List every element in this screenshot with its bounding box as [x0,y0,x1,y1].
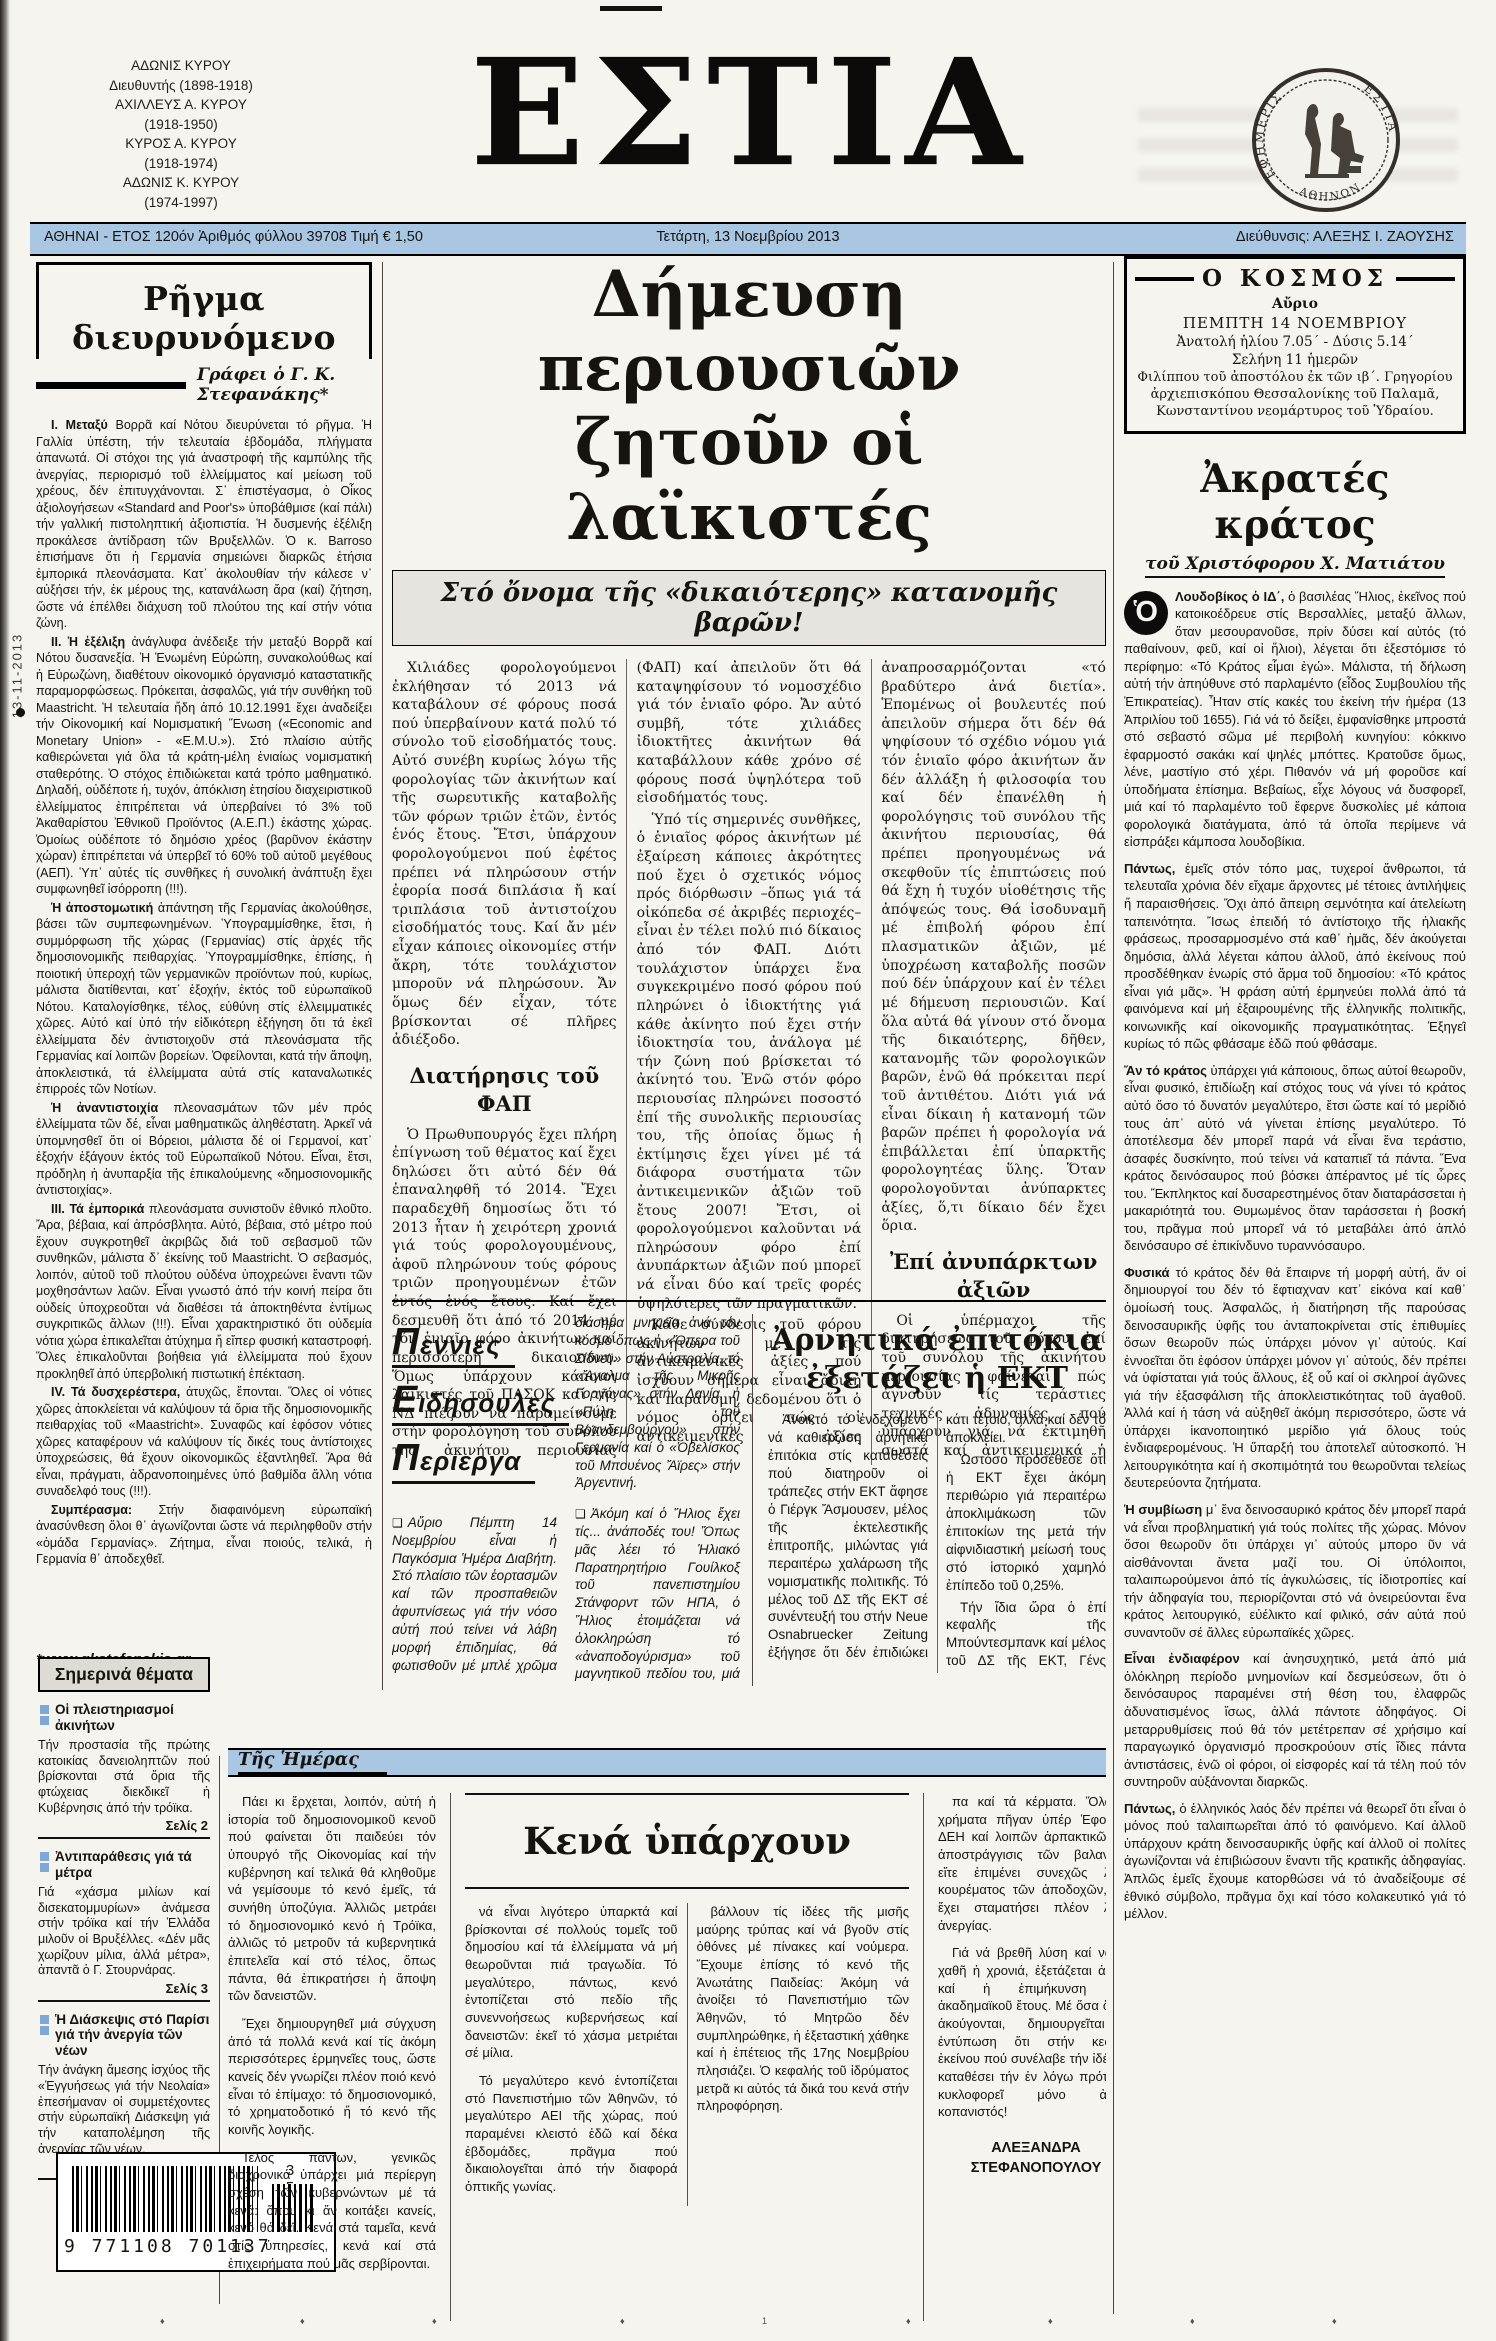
print-mark-artifact: ♦ [300,2316,305,2326]
print-mark-artifact: ♦ [620,2316,625,2326]
kosmos-title: Ο ΚΟΣΜΟΣ [1202,265,1388,292]
blue-square-bullet-icon [40,2015,49,2059]
paragraph: νά εἶναι λιγότερο ὑπαρκτά καί βρίσκονται… [465,1903,678,2062]
todays-topics-title: Σημερινά θέματα [38,1657,210,1692]
of-the-day-section: Τῆς Ἡμέρας Πάει κι ἔρχεται, λοιπόν, αὐτή… [228,1748,1106,2321]
square-bullet-icon: ❑ [392,1516,403,1530]
founder-line: (1918-1974) [52,154,310,174]
date-strip: ΑΘΗΝΑΙ - ΕΤΟΣ 120όν Ἀριθμός φύλλου 39708… [30,222,1466,256]
paragraph: Φυσικά τό κράτος δέν θά ἔπαιρνε τή μορφή… [1124,1264,1466,1492]
topic-title: Οἱ πλειστηριασμοί ἀκινήτων [55,1702,210,1733]
paragraph: Ἄν τό κράτος ὑπάρχει γιά κάποιους, ὅπως … [1124,1062,1466,1255]
rule-bar [36,382,186,389]
rule-bar [1135,277,1194,281]
section-bar: Τῆς Ἡμέρας [228,1748,1106,1777]
newspaper-logo: ΕΣΤΙΑ [358,24,1142,216]
print-mark-artifact: ♦ [1190,2316,1195,2326]
kosmos-saints: Φιλίππου τοῦ ἀποστόλου ἐκ τῶν ιβ΄. Γρηγο… [1135,370,1455,421]
paragraph: Ἔχει δημιουργηθεῖ μιά σύγχυση ἀπό τά πολ… [228,2015,436,2139]
column: πα καί τά κέρματα. Ὅλα τά χρήματα πῆγαν … [924,1793,1106,2321]
column: Πάει κι ἔρχεται, λοιπόν, αὐτή ἡ ἱστορία … [228,1793,436,2321]
crosshead: Ἐπί ἀνυπάρκτων ἀξιῶν [881,1248,1106,1304]
paragraph: ὉΛουδοβίκος ὁ ΙΔ΄, ὁ βασιλέας Ἥλιος, ἐκε… [1124,588,1466,851]
topic-item: Οἱ πλειστηριασμοί ἀκινήτων Τήν προστασία… [38,1692,210,1839]
paragraph: IV. Τά δυσχερέστερα, ἀτυχῶς, ἕπονται. Ὅλ… [36,1384,372,1500]
pennies-title: Πεννιες Ειδησουλες Περιεργα [392,1320,557,1494]
topic-title: Ἀντιπαράθεσις γιά τά μέτρα [55,1849,210,1880]
opinion-body: Ι. Μεταξύ Βορρᾶ καί Νότου διευρύνεται τό… [36,417,372,1645]
paragraph: Ὑπό τίς σημερινές συνθῆκες, ὁ ἑνιαῖος φό… [637,811,862,1313]
kosmos-almanac-box: Ο ΚΟΣΜΟΣ Αὔριο ΠΕΜΠΤΗ 14 ΝΟΕΜΒΡΙΟΥ Ἀνατο… [1124,256,1466,434]
founder-line: Διευθυντής (1898-1918) [52,76,310,96]
section-headline-block: Κενά ὑπάρχουν [465,1793,909,1889]
paragraph: βάλλουν τίς ἰδέες τῆς μισῆς μαύρης τρύπα… [697,1903,910,2115]
paragraph: Ι. Μεταξύ Βορρᾶ καί Νότου διευρύνεται τό… [36,417,372,632]
paragraph: Πάντως, ὁ ἑλληνικός λαός δέν πρέπει νά θ… [1124,1800,1466,1923]
column: νά εἶναι λιγότερο ὑπαρκτά καί βρίσκονται… [465,1903,688,2206]
topic-text: Τήν προστασία τῆς πρώτης κατοικίας δανει… [38,1738,210,1816]
paragraph: Γιά νά βρεθῆ λύση καί νά μή χαθῆ ἡ χρονι… [938,1944,1106,2121]
paragraph: ΙΙΙ. Τά ἐμπορικά πλεονάσματα συνιστοῦν ἐ… [36,1201,372,1383]
ekt-headline: Ἀρνητικά ἐπιτόκια ἐξετάζει ἡ ΕΚΤ [768,1322,1106,1397]
newspaper-seal-icon: ΕΦΗΜΕΡΙΣ ΕΣΤΙΑ ΑΘΗΝΩΝ [1243,64,1409,220]
author-signature: ΑΛΕΞΑΝΔΡΑ ΣΤΕΦΑΝΟΠΟΥΛΟΥ [938,2139,1106,2178]
print-mark-artifact: 1 [762,2316,767,2326]
section-title: Τῆς Ἡμέρας [238,1750,387,1775]
paragraph: Ἡ ἀποστομωτική ἀπάντηση τῆς Γερμανίας ἀκ… [36,900,372,1098]
scan-edge-artifact [0,0,10,2341]
right-opinion-body: ὉΛουδοβίκος ὁ ΙΔ΄, ὁ βασιλέας Ἥλιος, ἐκε… [1124,588,1466,2304]
crosshead: Διατήρησις τοῦ ΦΑΠ [392,1062,617,1118]
paragraph: Εἶναι ἐνδιαφέρον καί ἀνησυχητικό, μετά ἀ… [1124,1650,1466,1790]
paragraph: ΙΙ. Ἡ ἐξέλιξη ἀνάγλυφα ἀνέδειξε τήν μετα… [36,634,372,898]
founder-line: ΑΔΩΝΙΣ ΚΥΡΟΥ [52,56,310,76]
topic-page-ref: Σελίς 2 [38,1816,210,1835]
paragraph: Ἡ συμβίωση μ᾽ ἕνα δεινοσαυρικό κράτος δέ… [1124,1501,1466,1641]
column-rule [382,262,383,1690]
scan-mark-artifact [600,6,662,11]
square-bullet-icon: ❑ [575,1507,586,1521]
section-body: Πάει κι ἔρχεται, λοιπόν, αὐτή ἡ ἱστορία … [228,1793,1106,2321]
print-mark-artifact: ♦ [160,2316,165,2326]
right-opinion-headline: Ἀκρατές κράτος [1124,456,1466,548]
kosmos-moon: Σελήνη 11 ἡμερῶν [1135,352,1455,368]
founder-line: ΑΔΩΝΙΣ Κ. ΚΥΡΟΥ [52,173,310,193]
registration-dot-artifact [16,708,25,717]
lead-story: Δήμευση περιουσιῶν ζητοῦν οἱ λαϊκιστές Σ… [392,258,1106,1465]
topic-title: Ἡ Διάσκεψις στό Παρίσι γιά τήν ἀνεργία τ… [55,2012,210,2059]
topic-page-ref: Σελίς 3 [38,1979,210,1998]
print-mark-artifact: ♦ [1048,2316,1053,2326]
opinion-byline-row: Γράφει ὁ Γ. Κ. Στεφανάκης* [36,365,372,405]
right-opinion-byline: τοῦ Χριστόφορου Χ. Ματιάτου [1124,554,1466,574]
middle-columns: Κενά ὑπάρχουν νά εἶναι λιγότερο ὑπαρκτά … [450,1793,924,2321]
column-rule [1113,262,1114,2314]
lead-headline: Δήμευση περιουσιῶν ζητοῦν οἱ λαϊκιστές [396,258,1103,555]
topic-text: Τήν ἀνάγκη ἄμεσης ἰσχύος τῆς «Ἐγγυήσεως … [38,2063,210,2157]
paragraph: Πάει κι ἔρχεται, λοιπόν, αὐτή ἡ ἱστορία … [228,1793,436,2005]
lead-subhead: Στό ὄνομα τῆς «δικαιότερης» κατανομῆς βα… [392,570,1106,646]
drop-cap: Ὁ [1124,591,1168,635]
paragraph: Πάντως, ἐμεῖς στόν τόπο μας, τυχεροί ἄνθ… [1124,860,1466,1053]
print-mark-artifact: ♦ [906,2316,911,2326]
paragraph: Χιλιάδες φορολογούμενοι ἐκλήθησαν τό 201… [392,659,617,1050]
kosmos-tomorrow: Αὔριο [1135,296,1455,312]
founder-line: ΚΥΡΟΣ Α. ΚΥΡΟΥ [52,134,310,154]
masthead-founders: ΑΔΩΝΙΣ ΚΥΡΟΥ Διευθυντής (1898-1918) ΑΧΙΛ… [52,56,310,213]
paragraph: Τό μεγαλύτερο κενό ἐντοπίζεται στό Πανεπ… [465,2072,678,2196]
right-column: Ο ΚΟΣΜΟΣ Αὔριο ΠΕΜΠΤΗ 14 ΝΟΕΜΒΡΙΟΥ Ἀνατο… [1124,256,1466,2304]
newspaper-page: ΑΔΩΝΙΣ ΚΥΡΟΥ Διευθυντής (1898-1918) ΑΧΙΛ… [0,0,1496,2341]
pennies-box: Πεννιες Ειδησουλες Περιεργα ❑Αὔριο Πέμπτ… [392,1314,753,1686]
todays-topics-box: Σημερινά θέματα Οἱ πλειστηριασμοί ἀκινήτ… [38,1657,210,2180]
director-credit: Διεύθυνσις: ΑΛΕΞΗΣ Ι. ΖΑΟΥΣΗΣ [1236,229,1454,245]
opinion-byline: Γράφει ὁ Γ. Κ. Στεφανάκης* [197,365,372,405]
topic-item: Ἀντιπαράθεσις γιά τά μέτρα Γιά «χάσμα μι… [38,1839,210,2002]
print-mark-artifact: ♦ [432,2316,437,2326]
topic-text: Γιά «χάσμα μιλίων καί δισεκατομμυρίων» ἀ… [38,1885,210,1979]
paragraph: Τέλος πάντων, γενικῶς διαχρονικά ὑπάρχει… [228,2149,436,2273]
section-headline: Κενά ὑπάρχουν [465,1819,909,1863]
kosmos-day: ΠΕΜΠΤΗ 14 ΝΟΕΜΒΡΙΟΥ [1135,314,1455,332]
column: βάλλουν τίς ἰδέες τῆς μισῆς μαύρης τρύπα… [688,1903,910,2206]
rule-bar [1396,277,1455,281]
blue-square-bullet-icon [40,1705,49,1733]
founder-line: (1974-1997) [52,193,310,213]
print-mark-artifact: ♦ [1332,2316,1337,2326]
ekt-body-columns: Ἀνοικτό τό ἐνδεχόμενο νά καθιερώση ἀρνητ… [768,1411,1106,1673]
paragraph: πα καί τά κέρματα. Ὅλα τά χρήματα πῆγαν … [938,1793,1106,1934]
opinion-headline: Ρῆγμα διευρυνόμενο [45,279,363,357]
founder-line: (1918-1950) [52,115,310,135]
blue-square-bullet-icon [40,1852,49,1880]
opinion-headline-box: Ρῆγμα διευρυνόμενο [36,262,372,359]
founder-line: ΑΧΙΛΛΕΥΣ Α. ΚΥΡΟΥ [52,95,310,115]
middle-bottom-row: Πεννιες Ειδησουλες Περιεργα ❑Αὔριο Πέμπτ… [392,1300,1106,1694]
paragraph: Ὡστόσο προσέθεσε ὅτι ἡ ΕΚΤ ἔχει ἀκόμη πε… [946,1451,1106,1595]
edition-side-date: 13-11-2013 [9,633,24,719]
left-opinion-column: Ρῆγμα διευρυνόμενο Γράφει ὁ Γ. Κ. Στεφαν… [36,262,372,1668]
paragraph: Συμπέρασμα: Στήν διαφαινόμενη εὐρωπαϊκή … [36,1502,372,1568]
ekt-story: Ἀρνητικά ἐπιτόκια ἐξετάζει ἡ ΕΚΤ Ἀνοικτό… [768,1312,1106,1688]
kosmos-sunrise-sunset: Ἀνατολή ἡλίου 7.05΄ - Δύσις 5.14΄ [1135,334,1455,350]
paragraph: Ἡ ἀναντιστοιχία πλεονασμάτων τῶν μέν πρό… [36,1100,372,1199]
